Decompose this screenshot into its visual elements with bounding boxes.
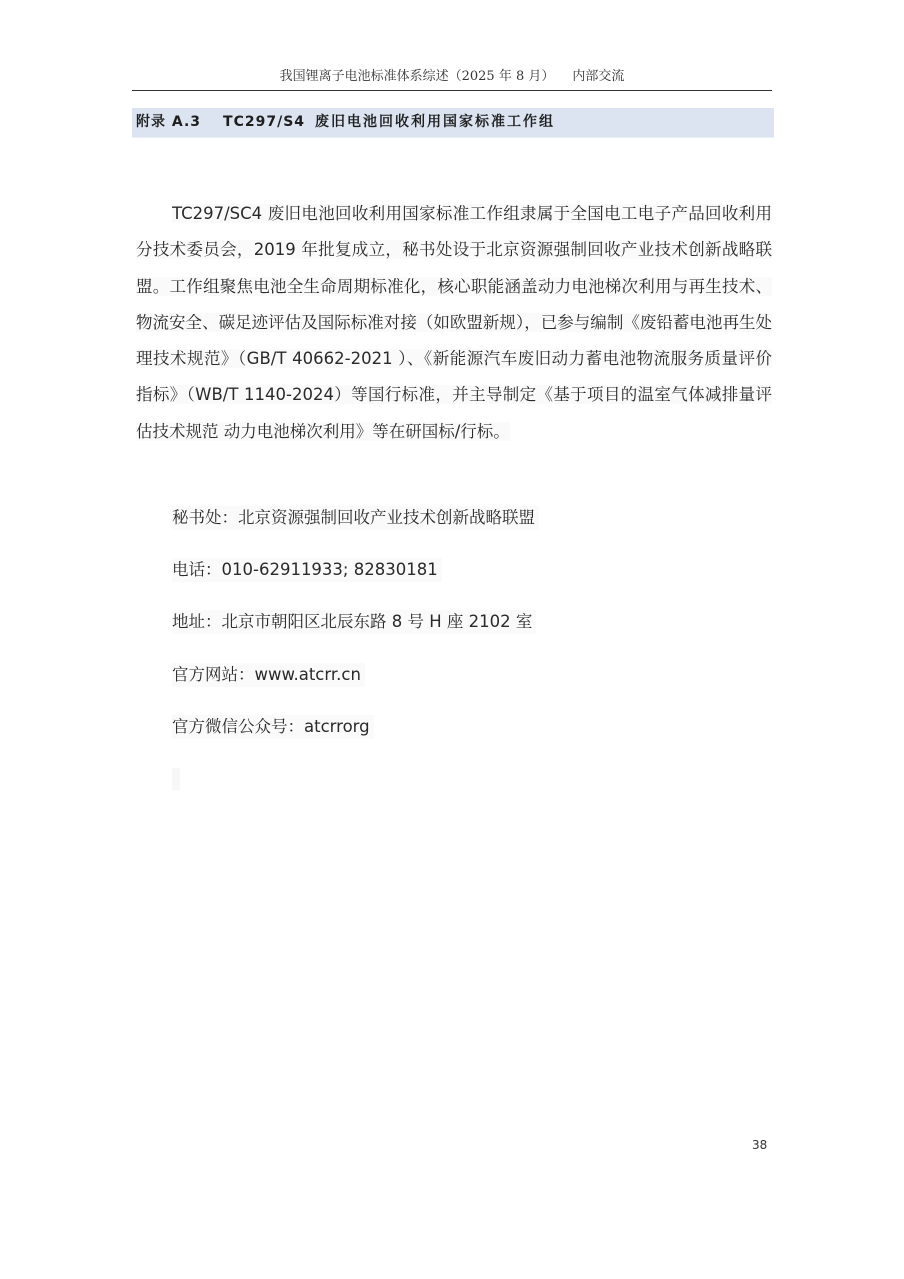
section-code: TC297/S4 <box>223 114 305 130</box>
section-heading: 附录 A.3TC297/S4废旧电池回收利用国家标准工作组 <box>132 108 774 138</box>
document-tag: 内部交流 <box>572 69 624 84</box>
page-number: 38 <box>752 1138 767 1152</box>
page-header: 我国锂离子电池标准体系综述（2025 年 8 月）内部交流 <box>132 64 772 91</box>
body-paragraph-text: TC297/SC4 废旧电池回收利用国家标准工作组隶属于全国电工电子产品回收利用… <box>136 204 772 441</box>
contact-phone: 电话：010-62911933; 82830181 <box>172 558 442 582</box>
section-prefix: 附录 A.3 <box>132 114 201 130</box>
contact-website: 官方网站：www.atcrr.cn <box>172 663 365 687</box>
body-paragraph: TC297/SC4 废旧电池回收利用国家标准工作组隶属于全国电工电子产品回收利用… <box>136 196 772 450</box>
contact-address: 地址：北京市朝阳区北辰东路 8 号 H 座 2102 室 <box>172 610 536 634</box>
contact-wechat: 官方微信公众号：atcrrorg <box>172 715 374 739</box>
document-title: 我国锂离子电池标准体系综述（2025 年 8 月） <box>280 69 555 84</box>
contact-secretariat: 秘书处：北京资源强制回收产业技术创新战略联盟 <box>172 506 539 530</box>
section-title: 废旧电池回收利用国家标准工作组 <box>315 114 555 130</box>
text-cursor-placeholder <box>172 768 180 790</box>
